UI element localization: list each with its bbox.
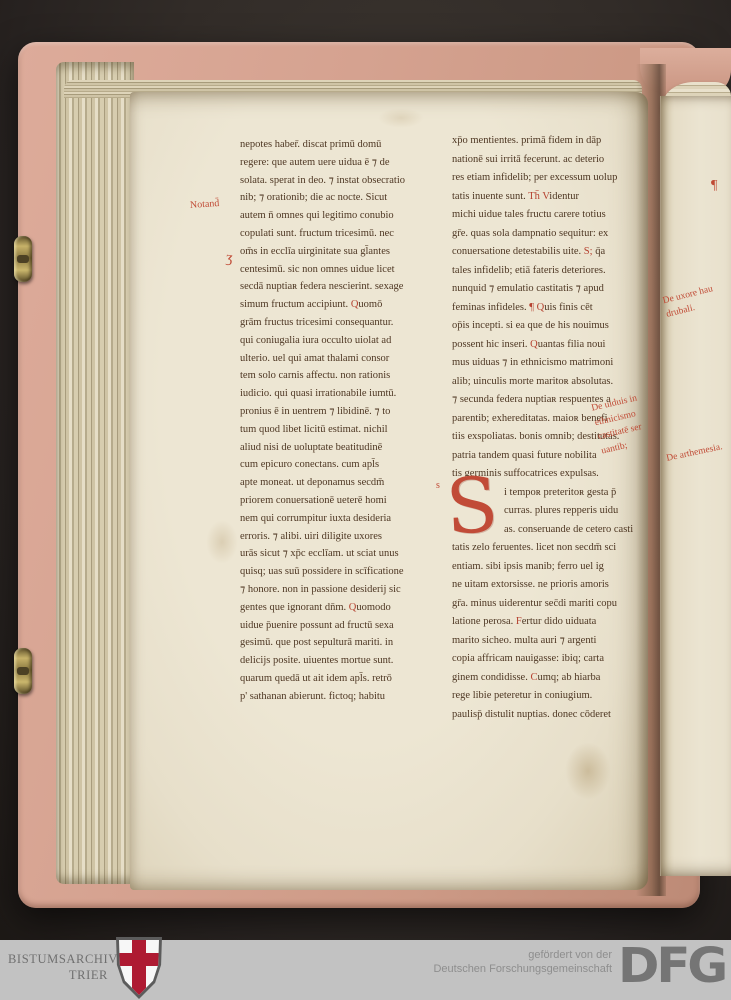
funding-line1: gefördert von der [352, 949, 612, 963]
body-text: solata. sperat in deo. ⁊ instat obsecrat… [240, 175, 405, 186]
body-text: autem n̄ omnes qui legitimo conubio [240, 210, 394, 221]
body-text: grām fructus tricesimi consequantur. [240, 317, 393, 328]
body-text: patria tandem quasi future nobilita [452, 450, 597, 461]
margin-note-artemisia: De arthemesia. [665, 440, 724, 466]
body-text: quisq; uas suū possidere in scīficatione [240, 566, 404, 577]
parchment-stain [206, 520, 238, 564]
manuscript-line: gesimū. que post sepulturā mariti. in [240, 634, 448, 652]
manuscript-line: solata. sperat in deo. ⁊ instat obsecrat… [240, 172, 448, 190]
margin-note-notandum: Notand̄ [190, 197, 220, 214]
manuscript-line: op̄is incepti. si ea que de his nouimus [452, 317, 656, 336]
body-text: regere: que autem uere uidua ē ⁊ de [240, 157, 390, 168]
body-text: nepotes haber̄. discat primū domū [240, 139, 381, 150]
shield-cross-icon [132, 940, 146, 995]
manuscript-line: quisq; uas suū possidere in scīficatione [240, 563, 448, 581]
body-text: as. conseruande de cetero casti [504, 524, 633, 535]
manuscript-page-verso: Notand̄ ʒ s nepotes haber̄. discat primū… [130, 92, 648, 890]
body-text: possent hic inseri. [452, 339, 530, 350]
archive-name-line1: BISTUMSARCHIV [8, 952, 108, 968]
manuscript-line: nationē sui irritā fecerunt. ac deterio [452, 151, 656, 170]
manuscript-line: tatis inuente sunt. Th̄ Videntur [452, 188, 656, 207]
shield-field [119, 940, 159, 995]
rubric-text: S; [584, 246, 593, 257]
manuscript-line: possent hic inseri. Quantas filia noui [452, 336, 656, 355]
rubricated-initial-s: S [444, 473, 499, 540]
body-text: gr̄e. quas sola dampnatio sequitur: ex [452, 228, 608, 239]
body-text: tiis exspoliatas. bonis omnib; destituta… [452, 431, 619, 442]
body-text: paulisp̄ distulit nuptias. donec cōderet [452, 709, 611, 720]
rubric-text: ¶ Q [529, 302, 544, 313]
body-text: secdā nuptiaʀ federa nescierint. sexage [240, 281, 403, 292]
manuscript-line: iudicio. qui quasi irrationabile iumtū. [240, 385, 448, 403]
body-text: mus uiduas ⁊ in ethnicismo matrimoni [452, 357, 613, 368]
body-text: copulati sunt. fructum tricesimū. nec [240, 228, 394, 239]
body-text: michi uidue tales fructu carere totius [452, 209, 606, 220]
manuscript-line: p' sathanan abierunt. fictoq; habitu [240, 688, 448, 706]
body-text: om̄s in ecclīa uirginitate sua gl̄antes [240, 246, 390, 257]
body-text: alib; uinculis morte maritoʀ absolutas. [452, 376, 613, 387]
body-text: tatis inuente sunt. [452, 191, 528, 202]
body-text: ⁊ honore. non in passione desiderij sic [240, 584, 401, 595]
manuscript-line: tum quod libet licitū estimat. nichil [240, 421, 448, 439]
body-text: feminas infideles. [452, 302, 529, 313]
manuscript-line: ginem condidisse. Cumq; ab hiarba [452, 669, 656, 688]
body-text: delicijs posite. uiuentes mortue sunt. [240, 655, 393, 666]
body-text: apte moneat. ut deponamus secdm̄ [240, 477, 384, 488]
shield-cross-icon [119, 953, 159, 966]
body-text: centesimū. sic non omnes uidue licet [240, 264, 395, 275]
body-text: gesimū. que post sepulturā mariti. in [240, 637, 393, 648]
manuscript-line: feminas infideles. ¶ Quis finis cēt [452, 299, 656, 318]
book-clasp-bottom [14, 648, 32, 694]
body-text: p' sathanan abierunt. fictoq; habitu [240, 691, 385, 702]
body-text: nem qui corrumpitur iuxta desideria [240, 513, 391, 524]
manuscript-line: quarum quedā ut ait idem apl̄s. retrō [240, 670, 448, 688]
body-text: umq; ab hiarba [537, 672, 600, 683]
body-text: quarum quedā ut ait idem apl̄s. retrō [240, 673, 392, 684]
body-text: rege libie peteretur in coniugium. [452, 690, 592, 701]
body-text: uidue p̄uenire possunt ad fructū sexa [240, 620, 394, 631]
body-text: nib; ⁊ orationib; die ac nocte. Sicut [240, 192, 387, 203]
archive-name: BISTUMSARCHIV TRIER [8, 952, 108, 983]
manuscript-line: priorem conuersationē ueterē homi [240, 492, 448, 510]
body-text: q̄a [593, 246, 606, 257]
manuscript-line: apte moneat. ut deponamus secdm̄ [240, 474, 448, 492]
manuscript-line: pronius ē in uentrem ⁊ libidinē. ⁊ to [240, 403, 448, 421]
funding-line2: Deutschen Forschungsgemeinschaft [352, 963, 612, 977]
body-text: ertur dido uiduata [522, 616, 597, 627]
body-text: tem solo carnis affectu. non rationis [240, 370, 390, 381]
manuscript-line: aliud nisi de uoluptate beatitudinē [240, 439, 448, 457]
body-text: copia affricam nauigasse: ibiq; carta [452, 653, 604, 664]
body-text: ⁊ secunda federa nuptiaʀ respuentes a [452, 394, 611, 405]
body-text: curras. plures repperis uidu [504, 505, 618, 516]
manuscript-line: res etiam infidelib; per excessum uolup [452, 169, 656, 188]
manuscript-line: alib; uinculis morte maritoʀ absolutas. [452, 373, 656, 392]
body-text: urās sicut ⁊ xp̄c ecclīam. ut sciat unus [240, 548, 399, 559]
body-text: i tempoʀ preteritoʀ gesta p̄ [504, 487, 616, 498]
manuscript-line: regere: que autem uere uidua ē ⁊ de [240, 154, 448, 172]
manuscript-line: paulisp̄ distulit nuptias. donec cōderet [452, 706, 656, 725]
manuscript-line: simum fructum accipiunt. Quomō [240, 296, 448, 314]
book-clasp-top [14, 236, 32, 282]
body-text: nationē sui irritā fecerunt. ac deterio [452, 154, 604, 165]
body-text: xp̄o mentientes. primā fidem in dāp [452, 135, 601, 146]
manuscript-line: delicijs posite. uiuentes mortue sunt. [240, 652, 448, 670]
body-text: gentes que ignorant dn̄m. [240, 602, 349, 613]
manuscript-line: ⁊ honore. non in passione desiderij sic [240, 581, 448, 599]
manuscript-line: nunquid ⁊ emulatio castitatis ⁊ apud [452, 280, 656, 299]
body-text: marito sicheo. multa auri ⁊ argenti [452, 635, 596, 646]
manuscript-line: autem n̄ omnes qui legitimo conubio [240, 207, 448, 225]
manuscript-line: copulati sunt. fructum tricesimū. nec [240, 225, 448, 243]
manuscript-line: erroris. ⁊ alibi. uiri diligite uxores [240, 528, 448, 546]
body-text: res etiam infidelib; per excessum uolup [452, 172, 617, 183]
trier-shield-logo [116, 937, 162, 999]
manuscript-line: om̄s in ecclīa uirginitate sua gl̄antes [240, 243, 448, 261]
body-text: entiam. sibi ipsis manib; ferro uel ig [452, 561, 604, 572]
footer-bar: BISTUMSARCHIV TRIER gefördert von der De… [0, 940, 731, 1000]
body-text: iudicio. qui quasi irrationabile iumtū. [240, 388, 396, 399]
body-text: nunquid ⁊ emulatio castitatis ⁊ apud [452, 283, 604, 294]
manuscript-line: secdā nuptiaʀ federa nescierint. sexage [240, 278, 448, 296]
manuscript-line: ulterio. uel qui amat thalami consor [240, 350, 448, 368]
manuscript-line: grām fructus tricesimi consequantur. [240, 314, 448, 332]
manuscript-line: mus uiduas ⁊ in ethnicismo matrimoni [452, 354, 656, 373]
parchment-stain [378, 108, 424, 128]
body-text: parentib; exhereditatas. maioʀ benefi [452, 413, 608, 424]
body-text: uantas filia noui [538, 339, 606, 350]
manuscript-line: gr̄a. minus uiderentur sec̄di mariti cop… [452, 595, 656, 614]
body-text: conuersatione detestabilis uite. [452, 246, 584, 257]
manuscript-line: nepotes haber̄. discat primū domū [240, 136, 448, 154]
manuscript-line: urās sicut ⁊ xp̄c ecclīam. ut sciat unus [240, 545, 448, 563]
next-page-edge: ¶ De uxore haudrubali. De arthemesia. [660, 96, 731, 876]
body-text: pronius ē in uentrem ⁊ libidinē. ⁊ to [240, 406, 390, 417]
body-text: priorem conuersationē ueterē homi [240, 495, 387, 506]
body-text: uomō [358, 299, 382, 310]
manuscript-line: xp̄o mentientes. primā fidem in dāp [452, 132, 656, 151]
body-text: gr̄a. minus uiderentur sec̄di mariti cop… [452, 598, 617, 609]
manuscript-line: nem qui corrumpitur iuxta desideria [240, 510, 448, 528]
paragraph-mark-icon: ¶ [711, 178, 717, 194]
body-text: cum epicuro conectans. cum apl̄s [240, 459, 379, 470]
parchment-stain [565, 742, 611, 800]
manuscript-line: cum epicuro conectans. cum apl̄s [240, 456, 448, 474]
body-text: ulterio. uel qui amat thalami consor [240, 353, 389, 364]
body-text: simum fructum accipiunt. [240, 299, 351, 310]
funding-credit: gefördert von der Deutschen Forschungsge… [352, 949, 612, 976]
margin-flourish-icon: ʒ [225, 250, 234, 268]
manuscript-line: conuersatione detestabilis uite. S; q̄a [452, 243, 656, 262]
body-text: uis finis cēt [544, 302, 592, 313]
manuscript-line: qui coniugalia iura occulto uiolat ad [240, 332, 448, 350]
body-text: ne uitam extorsisse. ne prioris amoris [452, 579, 609, 590]
body-text: op̄is incepti. si ea que de his nouimus [452, 320, 609, 331]
photo-background: Notand̄ ʒ s nepotes haber̄. discat primū… [0, 0, 731, 1000]
body-text: tales infidelib; etiā fateris deteriores… [452, 265, 606, 276]
manuscript-line: tem solo carnis affectu. non rationis [240, 367, 448, 385]
manuscript-line: uidue p̄uenire possunt ad fructū sexa [240, 617, 448, 635]
dfg-logo: DFG [618, 938, 725, 994]
body-text: latione perosa. [452, 616, 516, 627]
manuscript-line: gentes que ignorant dn̄m. Quomodo [240, 599, 448, 617]
body-text: uomodo [356, 602, 390, 613]
rubric-text: Th̄ V [528, 191, 549, 202]
manuscript-line: entiam. sibi ipsis manib; ferro uel ig [452, 558, 656, 577]
body-text: erroris. ⁊ alibi. uiri diligite uxores [240, 531, 382, 542]
manuscript-line: michi uidue tales fructu carere totius [452, 206, 656, 225]
manuscript-line: marito sicheo. multa auri ⁊ argenti [452, 632, 656, 651]
body-text: tum quod libet licitū estimat. nichil [240, 424, 388, 435]
manuscript-line: rege libie peteretur in coniugium. [452, 687, 656, 706]
text-column-left: nepotes haber̄. discat primū domūregere:… [240, 136, 448, 706]
manuscript-line: centesimū. sic non omnes uidue licet [240, 261, 448, 279]
body-text: qui coniugalia iura occulto uiolat ad [240, 335, 391, 346]
manuscript-line: tales infidelib; etiā fateris deteriores… [452, 262, 656, 281]
body-text: aliud nisi de uoluptate beatitudinē [240, 442, 382, 453]
body-text: ginem condidisse. [452, 672, 530, 683]
manuscript-line: gr̄e. quas sola dampnatio sequitur: ex [452, 225, 656, 244]
margin-note-line: De arthemesia. [665, 440, 724, 466]
archive-name-line2: TRIER [8, 968, 108, 984]
rubric-text: Q [530, 339, 538, 350]
manuscript-line: copia affricam nauigasse: ibiq; carta [452, 650, 656, 669]
body-text: identur [549, 191, 579, 202]
manuscript-line: latione perosa. Fertur dido uiduata [452, 613, 656, 632]
manuscript-line: ne uitam extorsisse. ne prioris amoris [452, 576, 656, 595]
manuscript-line: nib; ⁊ orationib; die ac nocte. Sicut [240, 189, 448, 207]
page-stack-fore-edge [56, 62, 134, 884]
margin-note-hasdrubal: De uxore haudrubali. [661, 282, 717, 322]
